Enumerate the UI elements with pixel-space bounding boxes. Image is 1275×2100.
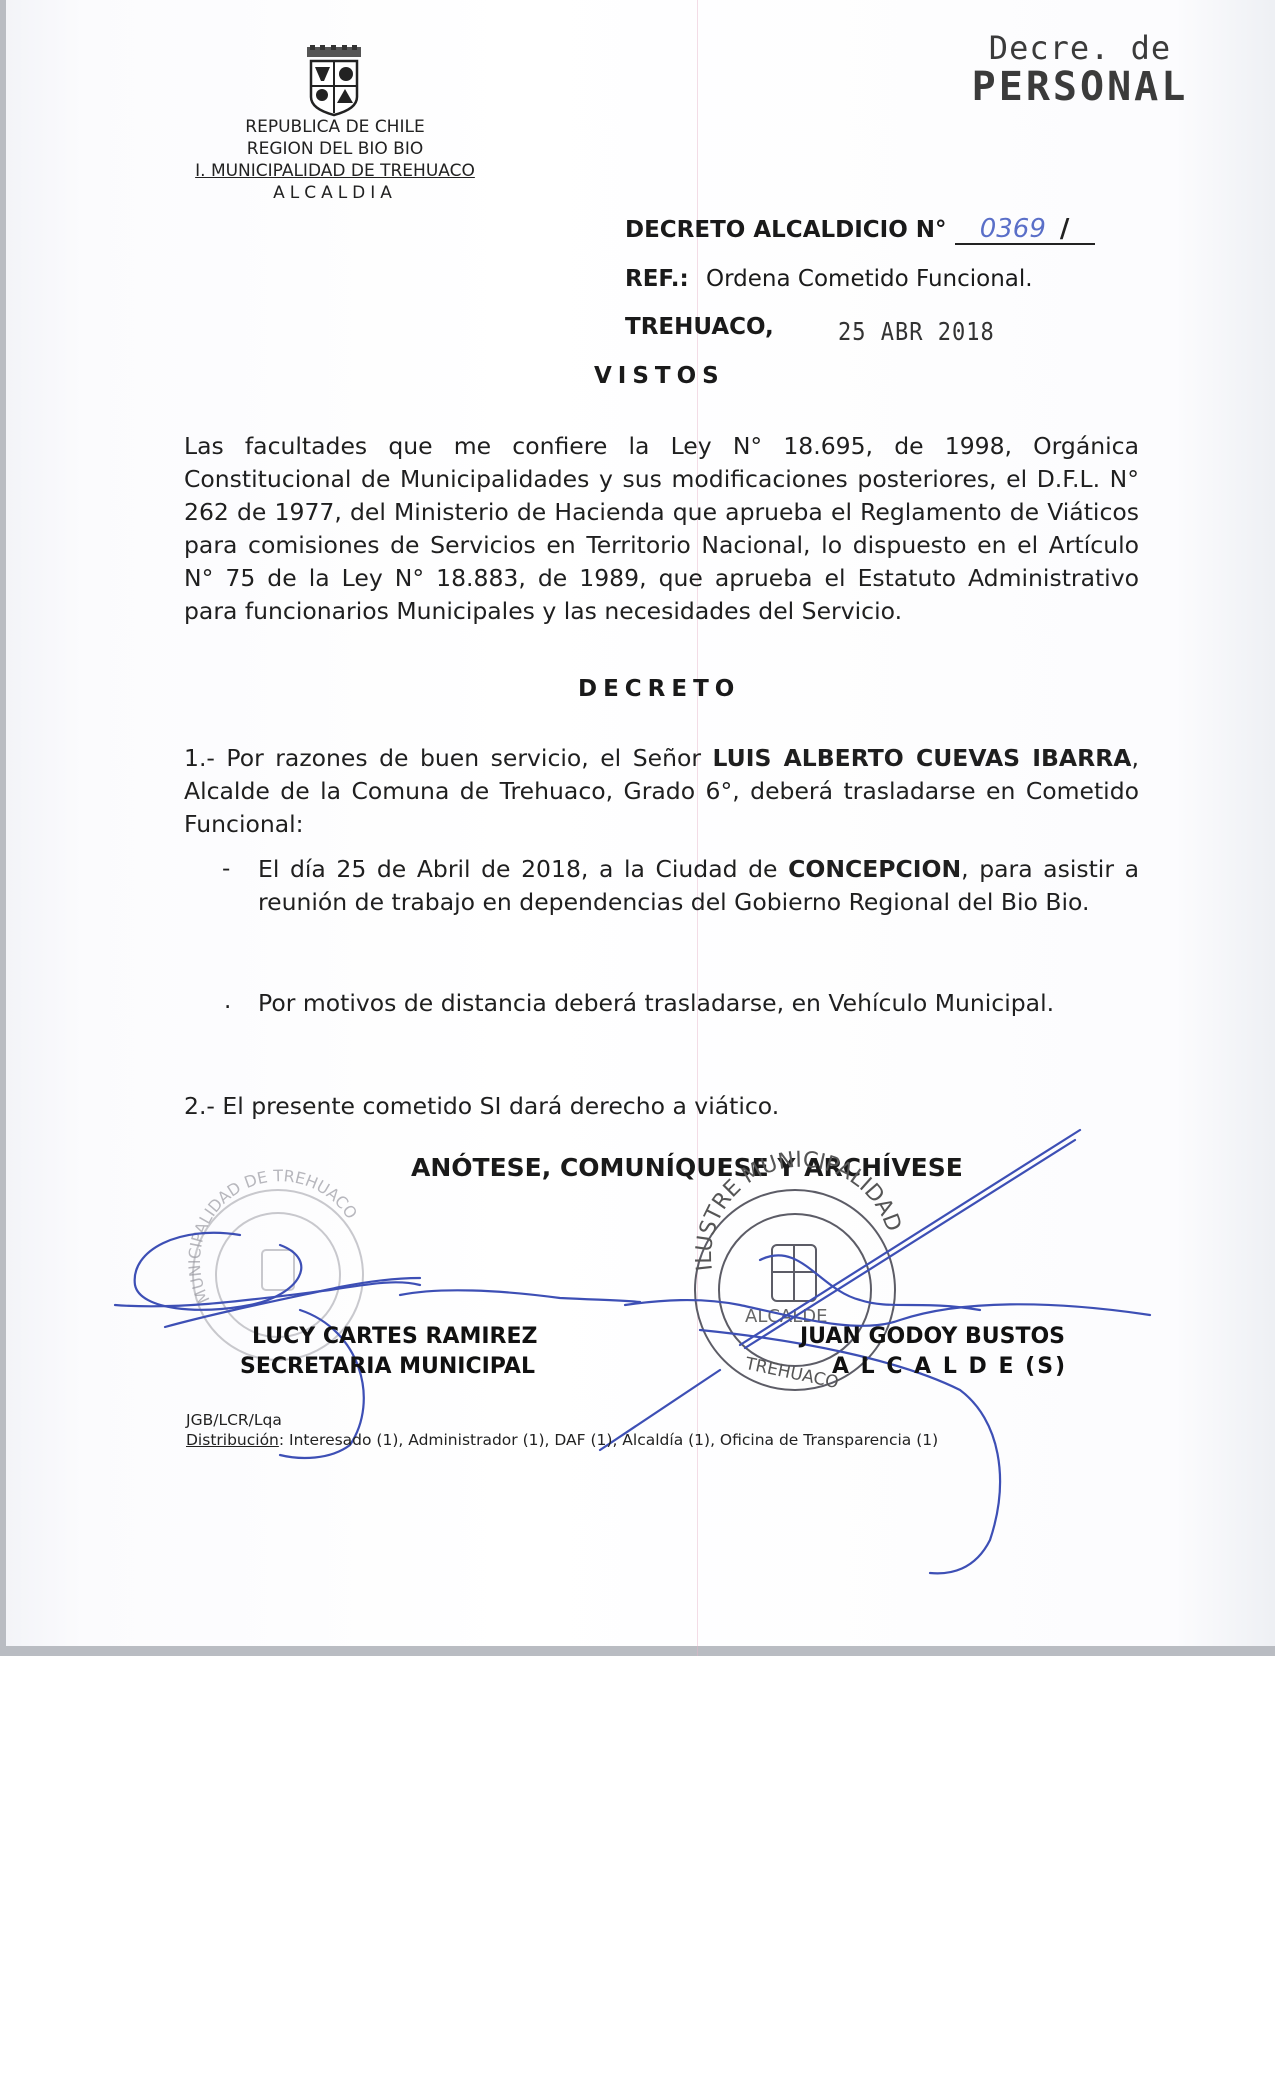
reference-initials: JGB/LCR/Lqa <box>186 1410 282 1430</box>
decree-item-1: 1.- Por razones de buen servicio, el Señ… <box>184 742 1139 841</box>
decree-item-2: 2.- El presente cometido SI dará derecho… <box>184 1090 1139 1123</box>
place-label: TREHUACO, <box>625 313 774 341</box>
distribution-label: Distribución <box>186 1431 279 1449</box>
official-name: LUIS ALBERTO CUEVAS IBARRA <box>713 744 1132 772</box>
decree-title-label: DECRETO ALCALDICIO N° <box>625 217 947 243</box>
municipal-coat-of-arms-icon <box>299 45 369 117</box>
bullet-dot: . <box>224 988 231 1014</box>
decree-bullet-2: Por motivos de distancia deberá traslada… <box>258 987 1139 1020</box>
header-region: REGION DEL BIO BIO <box>170 140 500 159</box>
item1-prefix: 1.- Por razones de buen servicio, el Señ… <box>184 744 701 772</box>
destination-city: CONCEPCION <box>788 855 961 883</box>
ref-text: Ordena Cometido Funcional. <box>706 266 1033 292</box>
date-stamp: 25 ABR 2018 <box>838 318 995 347</box>
decree-slash: / <box>1060 214 1070 244</box>
bullet1-prefix: El día 25 de Abril de 2018, a la Ciudad … <box>258 855 778 883</box>
left-signer-role: SECRETARIA MUNICIPAL <box>240 1352 535 1382</box>
header-republic: REPUBLICA DE CHILE <box>170 118 500 137</box>
bullet-dash: - <box>222 856 230 882</box>
vistos-paragraph: Las facultades que me confiere la Ley N°… <box>184 430 1139 628</box>
right-signer-name: JUAN GODOY BUSTOS <box>800 1322 1065 1352</box>
decree-number-value: 0369 <box>980 214 1046 244</box>
personal-stamp: Decre. de PERSONAL <box>940 30 1220 108</box>
distribution-line: Distribución: Interesado (1), Administra… <box>186 1430 938 1450</box>
header-alcaldia: ALCALDIA <box>170 184 500 203</box>
stamp-line-1: Decre. de <box>940 30 1220 66</box>
closing-formula: ANÓTESE, COMUNÍQUESE Y ARCHÍVESE <box>411 1153 963 1182</box>
stamp-line-2: PERSONAL <box>940 66 1220 108</box>
decree-number-line: DECRETO ALCALDICIO N° 0369/ <box>625 215 1095 245</box>
right-signer-role: A L C A L D E (S) <box>832 1352 1067 1382</box>
decree-number: 0369/ <box>955 215 1095 245</box>
left-signer-name: LUCY CARTES RAMIREZ <box>252 1322 537 1352</box>
distribution-text: : Interesado (1), Administrador (1), DAF… <box>279 1431 938 1449</box>
ref-label: REF.: <box>625 266 689 292</box>
decree-bullet-1: El día 25 de Abril de 2018, a la Ciudad … <box>258 853 1139 919</box>
header-municipality: I. MUNICIPALIDAD DE TREHUACO <box>170 162 500 181</box>
vistos-title: VISTOS <box>594 363 725 389</box>
decreto-title: DECRETO <box>578 676 740 702</box>
reference-line: REF.: Ordena Cometido Funcional. <box>625 265 1033 293</box>
